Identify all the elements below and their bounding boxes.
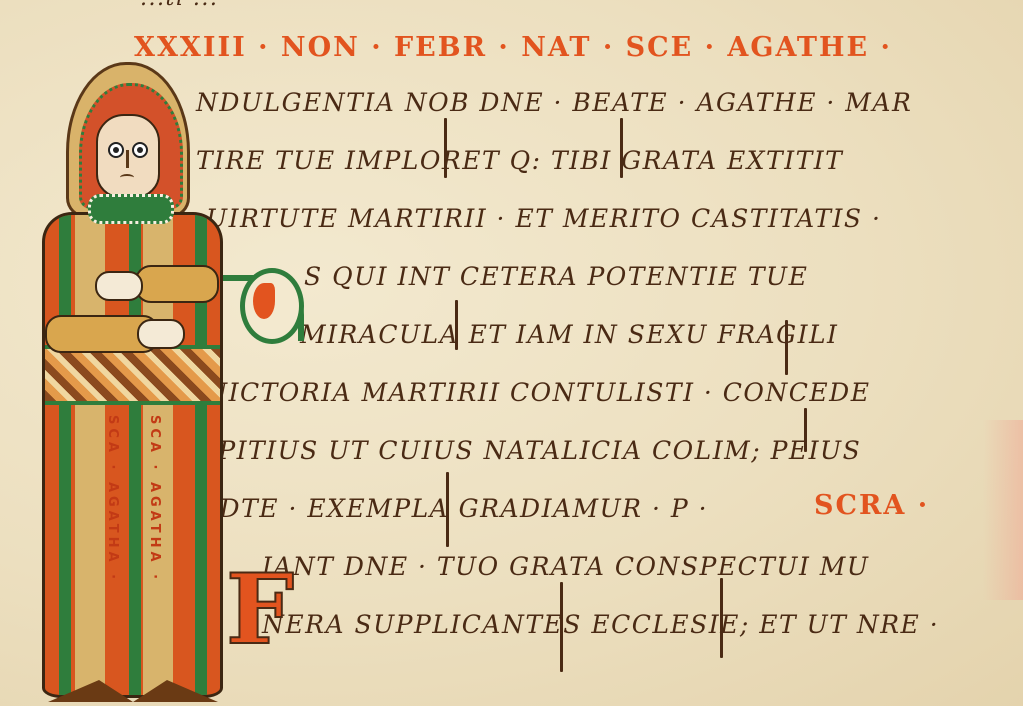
initial-o-decorated — [240, 268, 304, 344]
robe: SCA · AGATHA · SCA · AGATHA · — [42, 212, 223, 698]
necklace — [88, 194, 174, 224]
saint-agatha-illumination: SCA · AGATHA · SCA · AGATHA · — [38, 62, 228, 702]
right-arm-sleeve — [135, 265, 219, 303]
left-eye — [108, 142, 124, 158]
text-line-4: S QUI INT CETERA POTENTIE TUE — [304, 262, 808, 291]
text-line-10: NERA SUPPLICANTES ECCLESIE; ET UT NRE · — [262, 610, 939, 639]
text-line-3: UIRTUTE MARTIRII · ET MERITO CASTITATIS … — [206, 204, 881, 233]
text-line-6: UICTORIA MARTIRII CONTULISTI · CONCEDE — [206, 378, 870, 407]
top-fragment-text: ...ti ... — [140, 0, 218, 11]
text-line-5: MIRACULA ET IAM IN SEXU FRAGILI — [300, 320, 838, 349]
mouth — [120, 174, 134, 181]
text-line-9: IANT DNE · TUO GRATA CONSPECTUI MU — [262, 552, 869, 581]
text-line-1: NDULGENTIA NOB DNE · BEATE · AGATHE · MA… — [196, 88, 912, 117]
text-line-8: ADTE · EXEMPLA GRADIAMUR · P · — [200, 494, 708, 523]
robe-inscription: SCA · AGATHA · — [105, 415, 120, 583]
right-eye — [132, 142, 148, 158]
rubric-heading: XXXIII · NON · FEBR · NAT · SCE · AGATHE… — [134, 32, 892, 63]
manuscript-page: ...ti ... XXXIII · NON · FEBR · NAT · SC… — [0, 0, 1023, 706]
initial-o-leaf-ornament — [253, 283, 275, 319]
initial-f-decorated: F — [226, 562, 294, 658]
nose — [126, 150, 129, 168]
parchment-stain — [983, 420, 1023, 600]
saint-face — [96, 114, 160, 198]
hand — [137, 319, 185, 349]
hand — [95, 271, 143, 301]
text-line-2: TIRE TUE IMPLORET Q: TIBI GRATA EXTITIT — [196, 146, 843, 175]
text-line-7: PPITIUS UT CUIUS NATALICIA COLIM; PEIUS — [200, 436, 861, 465]
rubric-secreta: SCRA · — [814, 490, 929, 521]
robe-stripe — [59, 215, 71, 695]
robe-inscription: SCA · AGATHA · — [147, 415, 162, 583]
robe-belt — [45, 345, 220, 405]
